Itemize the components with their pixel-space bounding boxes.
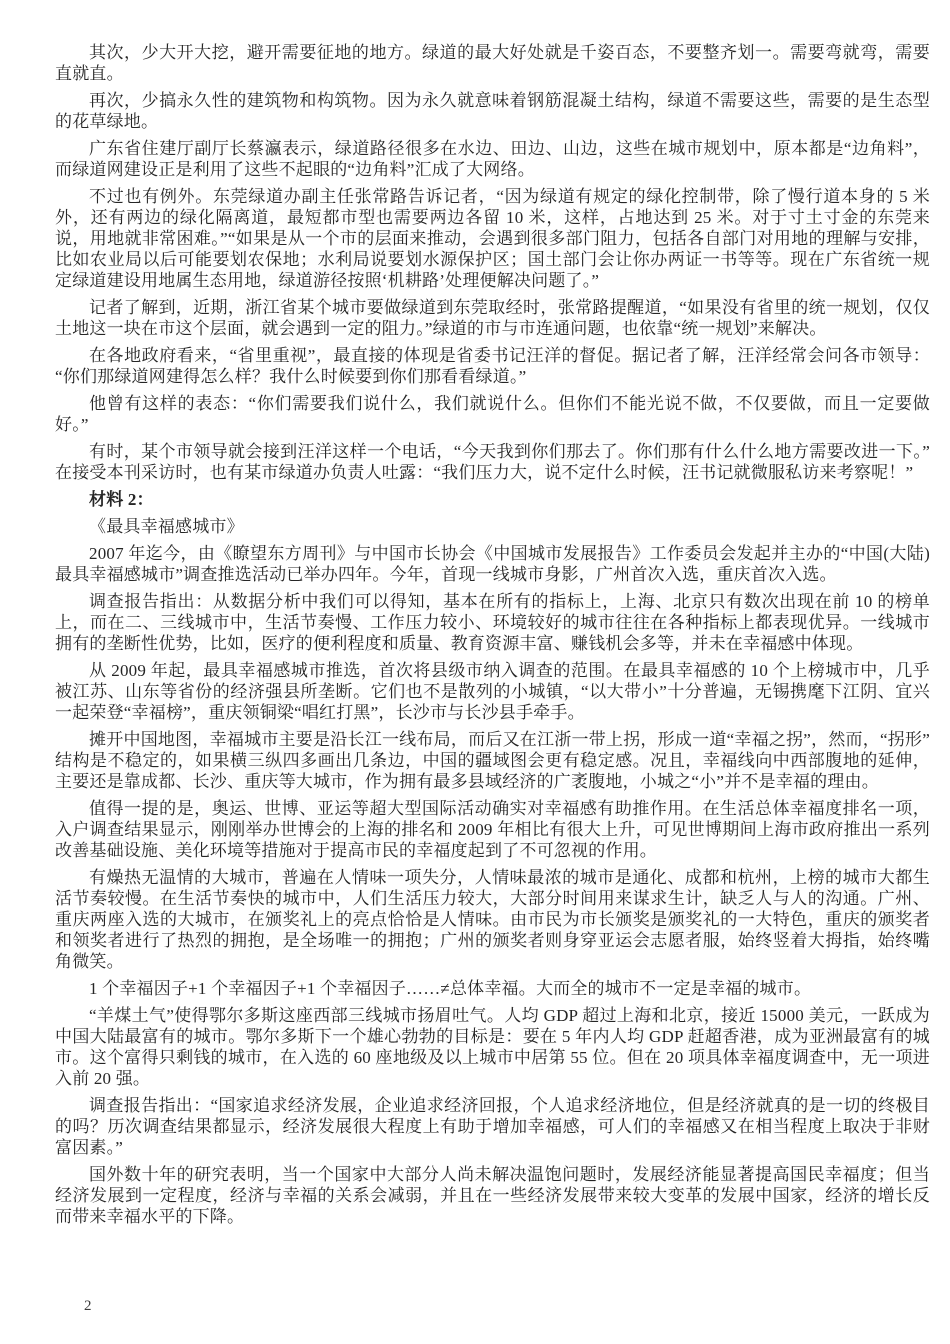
paragraph: 有燥热无温情的大城市，普遍在人情味一项失分，人情味最浓的城市是通化、成都和杭州，… — [55, 867, 930, 972]
paragraph: 他曾有这样的表态：“你们需要我们说什么，我们就说什么。但你们不能光说不做，不仅要… — [55, 393, 930, 435]
paragraph: 2007 年迄今，由《瞭望东方周刊》与中国市长协会《中国城市发展报告》工作委员会… — [55, 543, 930, 585]
paragraph: 不过也有例外。东莞绿道办副主任张常路告诉记者，“因为绿道有规定的绿化控制带，除了… — [55, 186, 930, 291]
paragraph: 值得一提的是，奥运、世博、亚运等超大型国际活动确实对幸福感有助推作用。在生活总体… — [55, 798, 930, 861]
paragraph: 调查报告指出：从数据分析中我们可以得知，基本在所有的指标上，上海、北京只有数次出… — [55, 591, 930, 654]
paragraph: 国外数十年的研究表明，当一个国家中大部分人尚未解决温饱问题时，发展经济能显著提高… — [55, 1164, 930, 1227]
paragraph: “羊煤土气”使得鄂尔多斯这座西部三线城市扬眉吐气。人均 GDP 超过上海和北京，… — [55, 1005, 930, 1089]
paragraph: 在各地政府看来，“省里重视”，最直接的体现是省委书记汪洋的督促。据记者了解，汪洋… — [55, 345, 930, 387]
page-number: 2 — [84, 1298, 92, 1315]
paragraph: 记者了解到，近期，浙江省某个城市要做绿道到东莞取经时，张常路提醒道，“如果没有省… — [55, 297, 930, 339]
paragraph: 1 个幸福因子+1 个幸福因子+1 个幸福因子……≠总体幸福。大而全的城市不一定… — [55, 978, 930, 999]
paragraph: 从 2009 年起，最具幸福感城市推选，首次将县级市纳入调查的范围。在最具幸福感… — [55, 660, 930, 723]
material-2-title: 《最具幸福感城市》 — [55, 516, 930, 537]
paragraph: 摊开中国地图，幸福城市主要是沿长江一线布局，而后又在江浙一带上拐，形成一道“幸福… — [55, 729, 930, 792]
material-2-heading: 材料 2： — [55, 489, 930, 510]
paragraph: 其次，少大开大挖，避开需要征地的地方。绿道的最大好处就是千姿百态，不要整齐划一。… — [55, 42, 930, 84]
document-page: 其次，少大开大挖，避开需要征地的地方。绿道的最大好处就是千姿百态，不要整齐划一。… — [55, 42, 930, 1233]
paragraph: 再次，少搞永久性的建筑物和构筑物。因为永久就意味着钢筋混凝土结构，绿道不需要这些… — [55, 90, 930, 132]
paragraph: 调查报告指出：“国家追求经济发展，企业追求经济回报，个人追求经济地位，但是经济就… — [55, 1095, 930, 1158]
paragraph: 广东省住建厅副厅长蔡瀛表示，绿道路径很多在水边、田边、山边，这些在城市规划中，原… — [55, 138, 930, 180]
paragraph: 有时，某个市领导就会接到汪洋这样一个电话，“今天我到你们那去了。你们那有什么什么… — [55, 441, 930, 483]
